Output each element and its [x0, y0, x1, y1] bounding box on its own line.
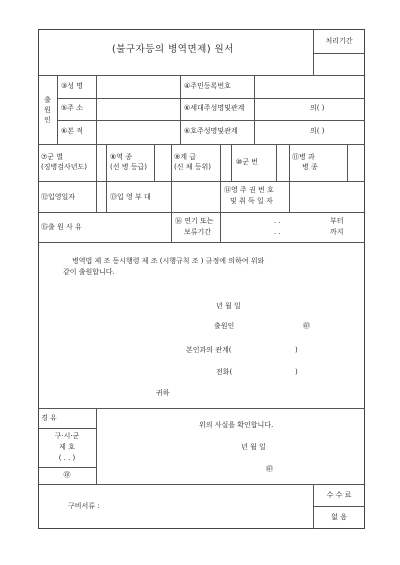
family-head-label: ⑥호주성명및관계 [184, 127, 238, 136]
registered-domicile-label: ⑥본 적 [61, 127, 83, 136]
processing-period-label: 처리기간 [313, 37, 365, 46]
applicant-group-label-1: 출 [38, 96, 57, 105]
household-head-field[interactable]: 의( ) [310, 104, 324, 113]
divider [220, 212, 221, 242]
name-label: ③성 명 [61, 82, 83, 91]
divider [231, 144, 232, 181]
address-field[interactable] [97, 99, 179, 119]
divider [38, 484, 365, 485]
applicant-group-label-3: 인 [38, 116, 57, 125]
fee-value: 없 음 [313, 513, 365, 522]
statement-date[interactable]: 년 월 일 [216, 302, 241, 311]
postpone-to-suffix: 까지 [330, 228, 344, 237]
statement-line-1: 병역법 제 조 동시행령 제 조 (시행규칙 조 ) 규정에 의하여 위와 [72, 257, 264, 266]
service-number-label: ⑩군 번 [236, 158, 258, 167]
branch-field[interactable] [97, 145, 106, 180]
statement-line-2: 같이 출원합니다. [63, 268, 115, 277]
enlist-date-field[interactable] [97, 182, 106, 211]
attachments-label: 구비서류 : [68, 502, 100, 511]
specialty-sublabel: 병 종 [302, 163, 318, 172]
official-seal-icon: ㊞ [266, 465, 273, 474]
phone-field[interactable] [240, 366, 292, 378]
permanent-residency-label: ⑭영 주 권 번 호 [224, 186, 274, 195]
application-reason-label: ⑮출 원 사 유 [41, 223, 82, 232]
addressee-label: 귀하 [156, 389, 170, 398]
divider [38, 144, 365, 145]
enlist-unit-label: ⑬입 영 부 대 [110, 193, 151, 202]
office-line-1: 구·시·군 [38, 432, 96, 441]
office-line-2: 제 호 [38, 443, 96, 452]
postpone-from-suffix: 부터 [330, 217, 344, 226]
permanent-residency-field[interactable] [290, 182, 364, 211]
seal-icon: ㊞ [303, 322, 310, 331]
specialty-label: ⑪병 과 [292, 153, 315, 162]
phone-label: 전화( [216, 368, 232, 377]
service-type-label: ⑧역 종 [110, 153, 132, 162]
divider [38, 467, 96, 468]
enlist-unit-field[interactable] [172, 182, 220, 211]
postpone-to-dots[interactable]: . . [274, 228, 281, 237]
branch-label: ⑦군 별 [41, 153, 63, 162]
divider [38, 212, 365, 213]
processing-period-field[interactable] [314, 54, 364, 74]
divider [106, 144, 107, 212]
postpone-period-label: ⑯ 연기 또는 [175, 217, 214, 226]
relation-label: 본인과의 관계( [186, 346, 232, 355]
service-number-field[interactable] [277, 145, 289, 180]
office-seal-icon: ㊞ [38, 471, 96, 480]
service-type-field[interactable] [155, 145, 171, 180]
rank-sublabel: (신 체 등위) [174, 163, 211, 172]
applicant-group-label-2: 원 [38, 106, 57, 115]
resident-number-field[interactable] [255, 76, 364, 97]
specialty-field[interactable] [348, 145, 364, 180]
divider [57, 75, 58, 144]
office-line-3: ( . . ) [38, 454, 96, 463]
divider [38, 242, 365, 243]
divider [96, 408, 97, 484]
rank-field[interactable] [221, 145, 231, 180]
confirm-date[interactable]: 년 월 일 [241, 443, 266, 452]
divider [313, 506, 365, 507]
via-label: 경 유 [41, 414, 57, 423]
permanent-residency-sublabel: 및 취 득 일 자 [230, 197, 273, 206]
postpone-from-dots[interactable]: . . [274, 217, 281, 226]
relation-field[interactable] [240, 344, 292, 356]
family-head-field[interactable]: 의( ) [310, 127, 324, 136]
relation-close: ) [295, 346, 298, 355]
form-title: (불구자등의 병역면제) 원서 [112, 45, 234, 54]
branch-sublabel: (징병검사년도) [41, 163, 87, 172]
phone-close: ) [295, 368, 298, 377]
confirm-text: 위의 사실을 확인합니다. [199, 421, 273, 430]
applicant-signature-label: 출원인 [214, 322, 234, 331]
enlist-date-label: ⑫입영일자 [41, 193, 75, 202]
address-label: ⑤주 소 [61, 104, 83, 113]
divider [180, 75, 181, 144]
postpone-period-sublabel: 보류기간 [184, 228, 211, 237]
divider [38, 428, 96, 429]
household-head-label: ⑥세대주성명및관계 [184, 104, 244, 113]
rank-label: ⑨계 급 [174, 153, 196, 162]
registered-domicile-field[interactable] [97, 121, 179, 143]
resident-number-label: ④주민등록번호 [184, 82, 231, 91]
fee-label: 수 수 료 [313, 491, 365, 500]
application-reason-field[interactable] [97, 213, 170, 241]
name-field[interactable] [97, 76, 179, 97]
divider [220, 181, 221, 212]
service-type-sublabel: (선 병 등급) [110, 163, 147, 172]
divider [38, 408, 365, 409]
